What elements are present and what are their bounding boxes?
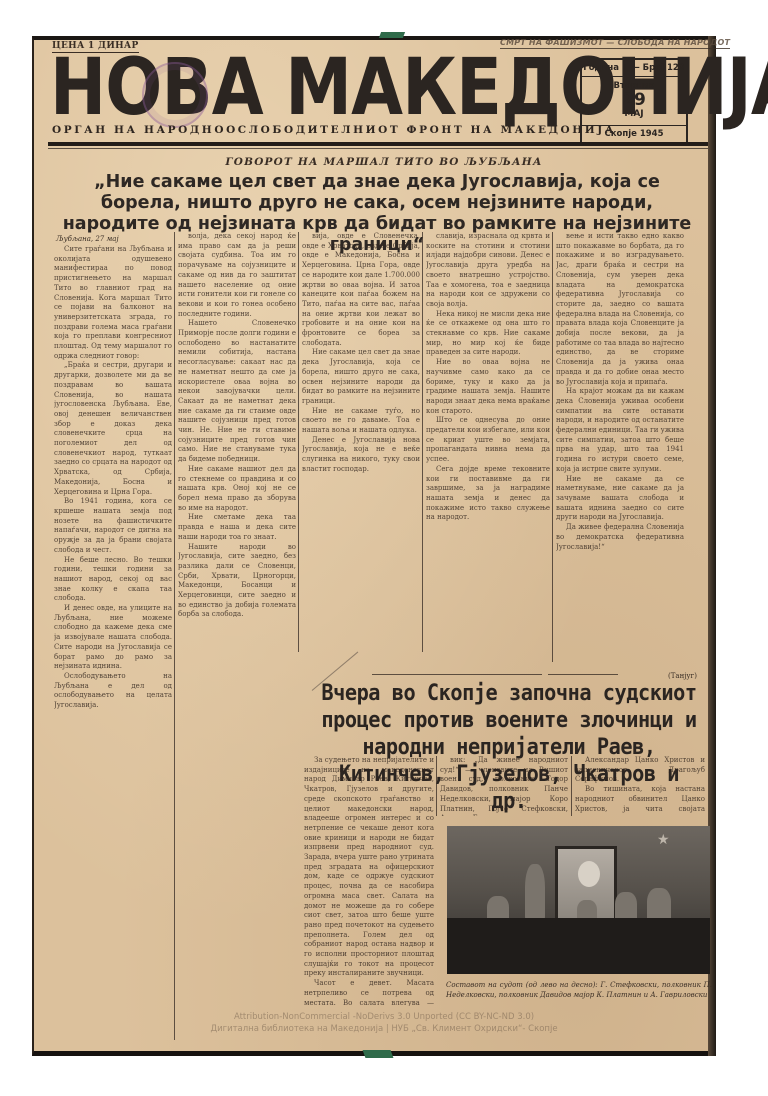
- article-paragraph: Не беше лесно. Во тешки години, тешки го…: [54, 556, 172, 605]
- lead-column: волја, дека секој народ ќе има право сам…: [178, 232, 296, 1040]
- issue-year-number: Година II — Број 123: [582, 60, 686, 77]
- separator-rule: [372, 674, 542, 675]
- lead-kicker: ГОВОРОТ НА МАРШАЛ ТИТО ВО ЉУБЉАНА: [0, 156, 768, 168]
- star-icon: ★: [657, 832, 670, 848]
- newspaper-subtitle: ОРГАН НА НАРОДНООСЛОБОДИТЕЛНИОТ ФРОНТ НА…: [52, 124, 616, 136]
- article-paragraph: вија, овде е Словенечка, овде е Хрватска…: [302, 232, 420, 348]
- article-paragraph: Ние во оваа војна не научивме само како …: [426, 358, 550, 416]
- column-rule: [174, 232, 175, 1040]
- column-rule: [436, 756, 437, 816]
- separator-rule: [548, 674, 618, 675]
- article-paragraph: Денес е Југославија нова Југославија, ко…: [302, 436, 420, 475]
- article-paragraph: Нека никој не мисли дека ние ќе се откаж…: [426, 310, 550, 359]
- lead-column: вија, овде е Словенечка, овде е Хрватска…: [302, 232, 420, 652]
- article-paragraph: Да живее федерална Словенија во демократ…: [556, 523, 684, 552]
- article-paragraph: Во 1941 година, кога се кршеше нашата зе…: [54, 497, 172, 555]
- article-paragraph: вење и исти такво едно какво што покажав…: [556, 232, 684, 387]
- issue-month: МАЈ: [582, 109, 686, 119]
- library-credit: Дигитална библиотека на Македонија | НУБ…: [0, 1024, 768, 1034]
- article-paragraph: Ние не сакаме да се наметнуваме, ние сак…: [556, 475, 684, 524]
- trial-column: Александар Цанко Христов и записничарот …: [575, 756, 705, 816]
- article-paragraph: Ние сакаме цел свет да знае дека Југосла…: [302, 348, 420, 406]
- article-paragraph: Што се однесува до оние предатели кои из…: [426, 416, 550, 465]
- article-paragraph: На крајот можам да ви кажам дека Словени…: [556, 387, 684, 474]
- article-paragraph: Ние сакаме нашиот дел да го стекнеме со …: [178, 465, 296, 514]
- article-paragraph: За судењето на непријателите и издајници…: [304, 756, 434, 979]
- newspaper-title: НОВА МАКЕДОНИЈА: [50, 50, 514, 126]
- binding-tab-top: [379, 32, 405, 38]
- article-paragraph: „Браќа и сестри, другари и другарки, доз…: [54, 361, 172, 497]
- courtroom-photo: ★: [447, 826, 710, 974]
- column-rule: [298, 232, 299, 652]
- article-paragraph: Сите граѓани на Љубљана и околијата одуш…: [54, 245, 172, 361]
- article-paragraph: Александар Цанко Христов и записничарот …: [575, 756, 705, 785]
- issue-place-year: Скопје 1945: [582, 125, 686, 142]
- article-paragraph: волја, дека секој народ ќе има право сам…: [178, 232, 296, 319]
- news-agency-credit: (Танјуг): [668, 672, 697, 680]
- lead-column: Сите граѓани на Љубљана и околијата одуш…: [54, 245, 172, 1040]
- article-paragraph: Ослободувањето на Љубљана е дел од ослоб…: [54, 672, 172, 711]
- column-rule: [422, 232, 423, 652]
- lead-column: вење и исти такво едно какво што покажав…: [556, 232, 684, 662]
- column-rule: [571, 756, 572, 816]
- article-paragraph: Ние не сакаме туѓо, но своето не го дава…: [302, 407, 420, 436]
- article-paragraph: Ние сметаме дека таа правда е наша и дек…: [178, 513, 296, 542]
- article-paragraph: Во тишината, која настана народниот обви…: [575, 785, 705, 816]
- article-paragraph: славија, израснала од крвта и коските на…: [426, 232, 550, 310]
- photo-caption: Составот на судот (од лево на десно): Г.…: [446, 980, 712, 1000]
- article-paragraph: вик: „Да живее народниот суд!“ — членови…: [440, 756, 568, 816]
- trial-column: За судењето на непријателите и издајници…: [304, 756, 434, 1006]
- court-bench: [447, 918, 710, 974]
- issue-date-box: Година II — Број 123 Вторник 29 МАЈ Скоп…: [580, 58, 688, 144]
- masthead-rule-thin: [48, 148, 708, 149]
- masthead-rule: [48, 142, 708, 146]
- binding-tab-bottom: [363, 1050, 394, 1058]
- issue-day: 29: [582, 91, 686, 109]
- article-paragraph: Сега дојде време тековните кои ги постав…: [426, 465, 550, 523]
- trial-column: вик: „Да живее народниот суд!“ — членови…: [440, 756, 568, 816]
- article-paragraph: Нашето Словенечко Приморје после долги г…: [178, 319, 296, 465]
- lead-column: славија, израснала од крвта и коските на…: [426, 232, 550, 652]
- article-paragraph: Нашите народи во Југославија, сите заедн…: [178, 543, 296, 621]
- article-paragraph: Часот е девет. Масата нетрпеливо се потр…: [304, 979, 434, 1006]
- column-rule: [552, 232, 553, 662]
- library-stamp-icon: [142, 62, 208, 128]
- license-line: Attribution-NonCommercial -NoDerivs 3.0 …: [0, 1012, 768, 1022]
- article-paragraph: И денес овде, на улиците на Љубљана, ние…: [54, 604, 172, 672]
- lead-dateline: Љубљана, 27 мај: [56, 235, 119, 243]
